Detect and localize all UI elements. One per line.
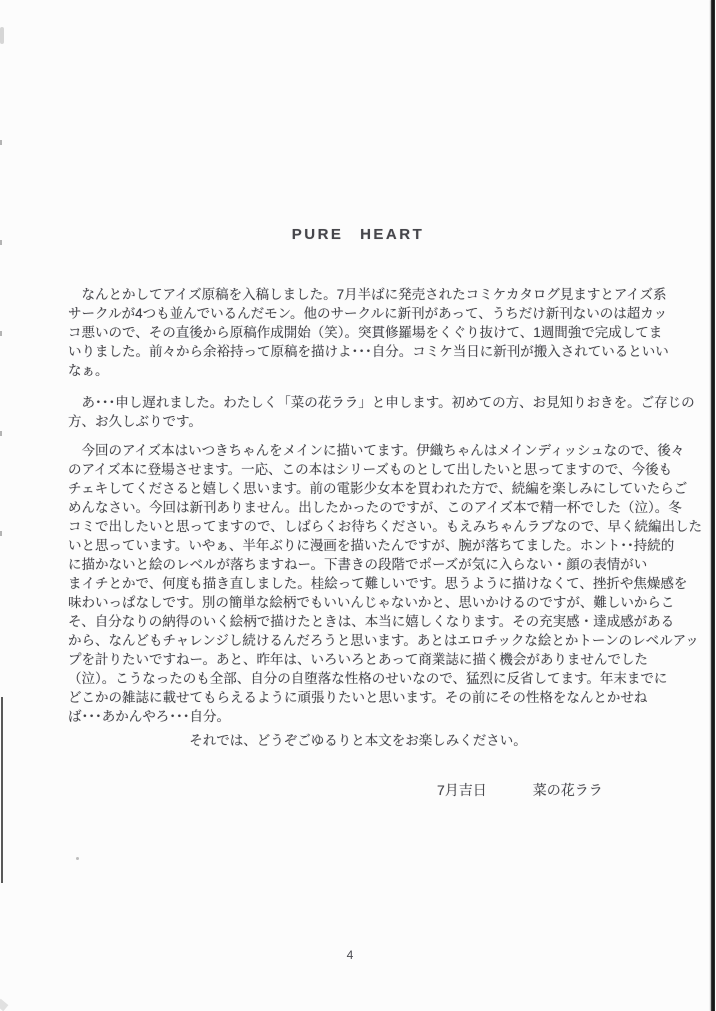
text-line: 味わいっぱなしです。別の簡単な絵柄でもいいんじゃないかと、思いかけるのですが、難… bbox=[68, 593, 658, 612]
paragraph-1: なんとかしてアイズ原稿を入稿しました。7月半ばに発売されたコミケカタログ見ますと… bbox=[68, 285, 658, 380]
text-line: どこかの雑誌に載せてもらえるように頑張りたいと思います。その前にその性格をなんと… bbox=[68, 688, 658, 707]
text-line: から、なんどもチャレンジし続けるんだろうと思います。あとはエロチックな絵とかトー… bbox=[68, 631, 658, 650]
signature-block: 7月吉日 菜の花ララ bbox=[437, 780, 603, 800]
text-line: そ、自分なりの納得のいく絵柄で描けたときは、本当に嬉しくなります。その充実感・達… bbox=[68, 612, 658, 631]
text-line: コ悪いので、その直後から原稿作成開始（笑）。突貫修羅場をくぐり抜けて、1週間強で… bbox=[68, 323, 658, 342]
text-line: いと思っています。いやぁ、半年ぶりに漫画を描いたんですが、腕が落ちてました。ホン… bbox=[68, 536, 658, 555]
text-line: サークルが4つも並んでいるんだモン。他のサークルに新刊があって、うちだけ新刊ない… bbox=[68, 304, 658, 323]
text-line: なんとかしてアイズ原稿を入稿しました。7月半ばに発売されたコミケカタログ見ますと… bbox=[68, 285, 658, 304]
text-line: コミで出したいと思ってますので、しばらくお待ちください。もえみちゃんラブなので、… bbox=[68, 517, 658, 536]
paragraph-3: 今回のアイズ本はいつきちゃんをメインに描いてます。伊織ちゃんはメインディッシュな… bbox=[68, 441, 658, 726]
scan-artifact-left-tick bbox=[0, 431, 2, 436]
closing-line: それでは、どうぞごゆるりと本文をお楽しみください。 bbox=[0, 729, 716, 749]
text-line: 今回のアイズ本はいつきちゃんをメインに描いてます。伊織ちゃんはメインディッシュな… bbox=[68, 441, 658, 460]
text-line: に描かないと絵のレベルが落ちますねー。下書きの段階でポーズが気に入らない・顔の表… bbox=[68, 555, 658, 574]
scan-artifact-left-tick bbox=[0, 331, 2, 336]
scanned-document-page: PURE HEART なんとかしてアイズ原稿を入稿しました。7月半ばに発売された… bbox=[0, 0, 716, 1011]
page-number: 4 bbox=[0, 948, 700, 962]
signature-date: 7月吉日 bbox=[437, 780, 487, 800]
text-line: チェキしてくださると嬉しく思います。前の電影少女本を買われた方で、続編を楽しみに… bbox=[68, 479, 658, 498]
text-line: まイチとかで、何度も描き直しました。桂絵って難しいです。思うように描けなくて、挫… bbox=[68, 574, 658, 593]
paragraph-2: あ･･･申し遅れました。わたしく「菜の花ララ」と申します。初めての方、お見知りお… bbox=[68, 393, 658, 431]
text-line: あ･･･申し遅れました。わたしく「菜の花ララ」と申します。初めての方、お見知りお… bbox=[68, 393, 658, 412]
scan-artifact-right-edge bbox=[711, 0, 715, 1011]
scan-artifact-left-line bbox=[1, 697, 3, 883]
scan-artifact-bottom-left-smudge bbox=[0, 999, 8, 1011]
text-line: 方、お久しぶりです。 bbox=[68, 412, 658, 431]
text-line: のアイズ本に登場させます。一応、この本はシリーズものとして出したいと思ってますの… bbox=[68, 460, 658, 479]
text-line: いりました。前々から余裕持って原稿を描けよ･･･自分。コミケ当日に新刊が搬入され… bbox=[68, 342, 658, 361]
text-line: なぁ。 bbox=[68, 361, 658, 380]
text-line: （泣）。こうなったのも全部、自分の自堕落な性格のせいなので、猛烈に反省してます。… bbox=[68, 669, 658, 688]
scan-artifact-top-left-blob bbox=[0, 27, 4, 44]
text-line: プを計りたいですねー。あと、昨年は、いろいろとあって商業誌に描く機会がありません… bbox=[68, 650, 658, 669]
scan-artifact-left-tick bbox=[0, 531, 2, 536]
scan-artifact-left-tick bbox=[0, 240, 2, 245]
text-line: めんなさい。今回は新刊ありません。出したかったのですが、このアイズ本で精一杯でし… bbox=[68, 498, 658, 517]
page-title: PURE HEART bbox=[0, 226, 716, 243]
scan-artifact-left-tick bbox=[0, 140, 2, 145]
signature-name: 菜の花ララ bbox=[533, 780, 603, 800]
text-line: ば･･･あかんやろ･･･自分。 bbox=[68, 707, 658, 726]
scan-artifact-speck bbox=[76, 857, 79, 860]
